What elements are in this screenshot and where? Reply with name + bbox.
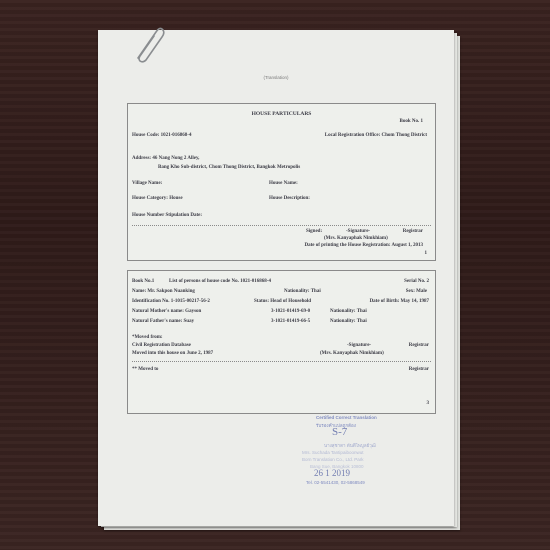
registration-office: Local Registration Office: Chom Thong Di…: [325, 133, 427, 138]
stipulation-date: House Number Stipulation Date:: [132, 213, 202, 218]
stamp-telephone: Tel. 02-5541430, 02-5868549: [306, 480, 365, 485]
address-line1: Address: 46 Nang Nong 2 Alley,: [132, 156, 199, 161]
stamp-title: Certified Correct Translation: [316, 415, 377, 420]
serial-number: Serial No. 2: [404, 279, 429, 284]
house-name: House Name:: [269, 181, 298, 186]
moved-from-value: Civil Registration Database: [132, 343, 191, 348]
stamp-line5: Born Translation Co., Ltd. Park: [302, 457, 364, 462]
mother-id: 3-1021-01419-69-0: [271, 309, 310, 314]
father-name: Natural Father's name: Suay: [132, 319, 194, 324]
book-number: Book No.1: [132, 279, 154, 284]
mother-name: Natural Mother's name: Gayson: [132, 309, 201, 314]
mother-nationality: Nationality: Thai: [330, 309, 367, 314]
sex: Sex: Male: [406, 289, 427, 294]
moved-to-registrar: Registrar: [409, 367, 429, 372]
address-line2: Bang Kho Sub-district, Chom Thong Distri…: [158, 165, 300, 170]
list-title: List of persons of house code No. 1021-0…: [169, 279, 271, 284]
signature: -Signature-: [346, 229, 370, 234]
dotted-divider: [132, 361, 431, 362]
registrar-label: Registrar: [409, 343, 429, 348]
document-page: (Translation) HOUSE PARTICULARS Book No.…: [98, 30, 454, 526]
father-id: 3-1021-01419-66-5: [271, 319, 310, 324]
moved-to-label: ** Moved to: [132, 367, 158, 372]
signed-label: Signed:: [306, 229, 322, 234]
page-number: 3: [427, 401, 430, 406]
persons-list-section: Book No.1 List of persons of house code …: [127, 270, 436, 414]
nationality: Nationality: Thai: [284, 289, 321, 294]
house-particulars-section: HOUSE PARTICULARS Book No. 1 House Code:…: [127, 103, 436, 261]
paperclip-icon: [130, 24, 166, 64]
household-status: Status: Head of Household: [254, 299, 311, 304]
stamp-handwritten-code: S-7: [332, 426, 347, 438]
moved-into-date: Moved into this house on June 2, 1987: [132, 351, 213, 356]
registrar-label: Registrar: [403, 229, 423, 234]
book-number: Book No. 1: [400, 119, 423, 124]
certified-translation-stamp: Certified Correct Translation รับรองคำแป…: [294, 415, 414, 515]
house-code: House Code: 1021-016868-4: [132, 133, 191, 138]
house-description: House Description:: [269, 196, 310, 201]
signature: -Signature-: [347, 343, 371, 348]
moved-from-label: *Moved from:: [132, 335, 163, 340]
page-number: 1: [425, 251, 428, 256]
father-nationality: Nationality: Thai: [330, 319, 367, 324]
stamp-line3: นางสุชาดา ตันติไพบูลย์วุฒิ: [324, 442, 376, 449]
registrar-name: (Mrs. Kanyaphak Nimkhiam): [320, 351, 384, 356]
village-name: Village Name:: [132, 181, 162, 186]
translation-label: (Translation): [98, 75, 454, 80]
stamp-line4: Mrs. Suchada Tantipaiboonwut: [302, 450, 363, 455]
identification-number: Identification No. 1-1015-00217-56-2: [132, 299, 210, 304]
stamp-handwritten-date: 26 1 2019: [314, 468, 350, 478]
printing-date: Date of printing the House Registration:…: [305, 243, 423, 248]
dotted-divider: [132, 225, 431, 226]
section-title: HOUSE PARTICULARS: [128, 112, 435, 118]
registrar-name: (Mrs. Kanyaphak Nimkhiam): [324, 236, 388, 241]
person-name: Name: Mr. Sakpon Nuanking: [132, 289, 195, 294]
date-of-birth: Date of Birth: May 14, 1987: [370, 299, 429, 304]
house-category: House Category: House: [132, 196, 183, 201]
